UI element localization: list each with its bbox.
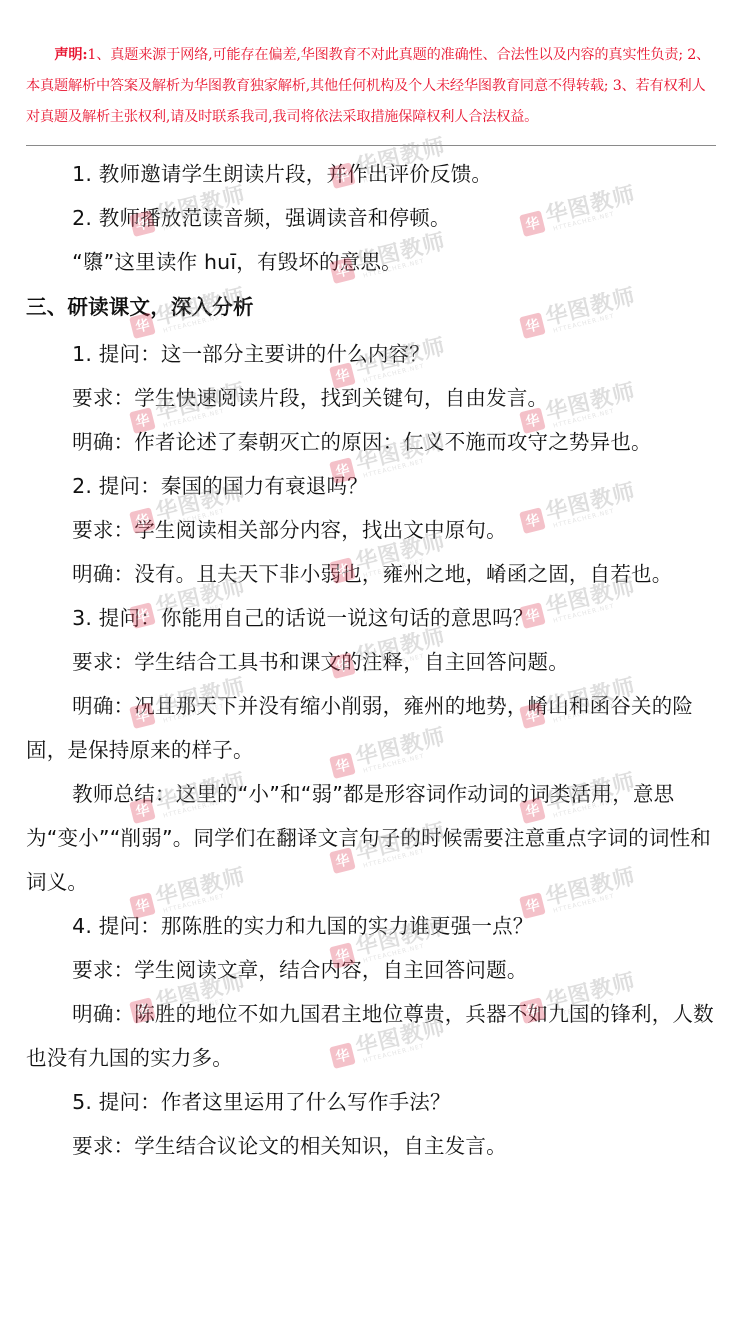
divider	[26, 145, 716, 146]
paragraph: 2. 教师播放范读音频，强调读音和停顿。	[26, 196, 716, 240]
paragraph: 3. 提问：你能用自己的话说一说这句话的意思吗？	[26, 596, 716, 640]
paragraph: 要求：学生快速阅读片段，找到关键句，自由发言。	[26, 376, 716, 420]
paragraph: 要求：学生阅读相关部分内容，找出文中原句。	[26, 508, 716, 552]
disclaimer: 声明:1、真题来源于网络,可能存在偏差,华图教育不对此真题的准确性、合法性以及内…	[26, 40, 716, 133]
paragraph: 5. 提问：作者这里运用了什么写作手法？	[26, 1080, 716, 1124]
paragraph: 要求：学生结合工具书和课文的注释，自主回答问题。	[26, 640, 716, 684]
paragraph: 教师总结：这里的“小”和“弱”都是形容词作动词的词类活用，意思为“变小”“削弱”…	[26, 772, 716, 904]
paragraph: 明确：没有。且夫天下非小弱也，雍州之地，崤函之固，自若也。	[26, 552, 716, 596]
paragraph: “隳”这里读作 huī，有毁坏的意思。	[26, 240, 716, 284]
paragraph: 要求：学生阅读文章，结合内容，自主回答问题。	[26, 948, 716, 992]
paragraph: 明确：陈胜的地位不如九国君主地位尊贵，兵器不如九国的锋利，人数也没有九国的实力多…	[26, 992, 716, 1080]
paragraph: 1. 提问：这一部分主要讲的什么内容？	[26, 332, 716, 376]
disclaimer-text: 1、真题来源于网络,可能存在偏差,华图教育不对此真题的准确性、合法性以及内容的真…	[26, 47, 710, 125]
section-heading: 三、研读课文，深入分析	[26, 285, 716, 329]
document-body: 1. 教师邀请学生朗读片段，并作出评价反馈。 2. 教师播放范读音频，强调读音和…	[26, 152, 716, 1168]
paragraph: 明确：作者论述了秦朝灭亡的原因：仁义不施而攻守之势异也。	[26, 420, 716, 464]
paragraph: 明确：况且那天下并没有缩小削弱，雍州的地势，崤山和函谷关的险固，是保持原来的样子…	[26, 684, 716, 772]
paragraph: 要求：学生结合议论文的相关知识，自主发言。	[26, 1124, 716, 1168]
paragraph: 4. 提问：那陈胜的实力和九国的实力谁更强一点？	[26, 904, 716, 948]
paragraph: 1. 教师邀请学生朗读片段，并作出评价反馈。	[26, 152, 716, 196]
disclaimer-lead: 声明:	[54, 47, 87, 63]
paragraph: 2. 提问：秦国的国力有衰退吗？	[26, 464, 716, 508]
